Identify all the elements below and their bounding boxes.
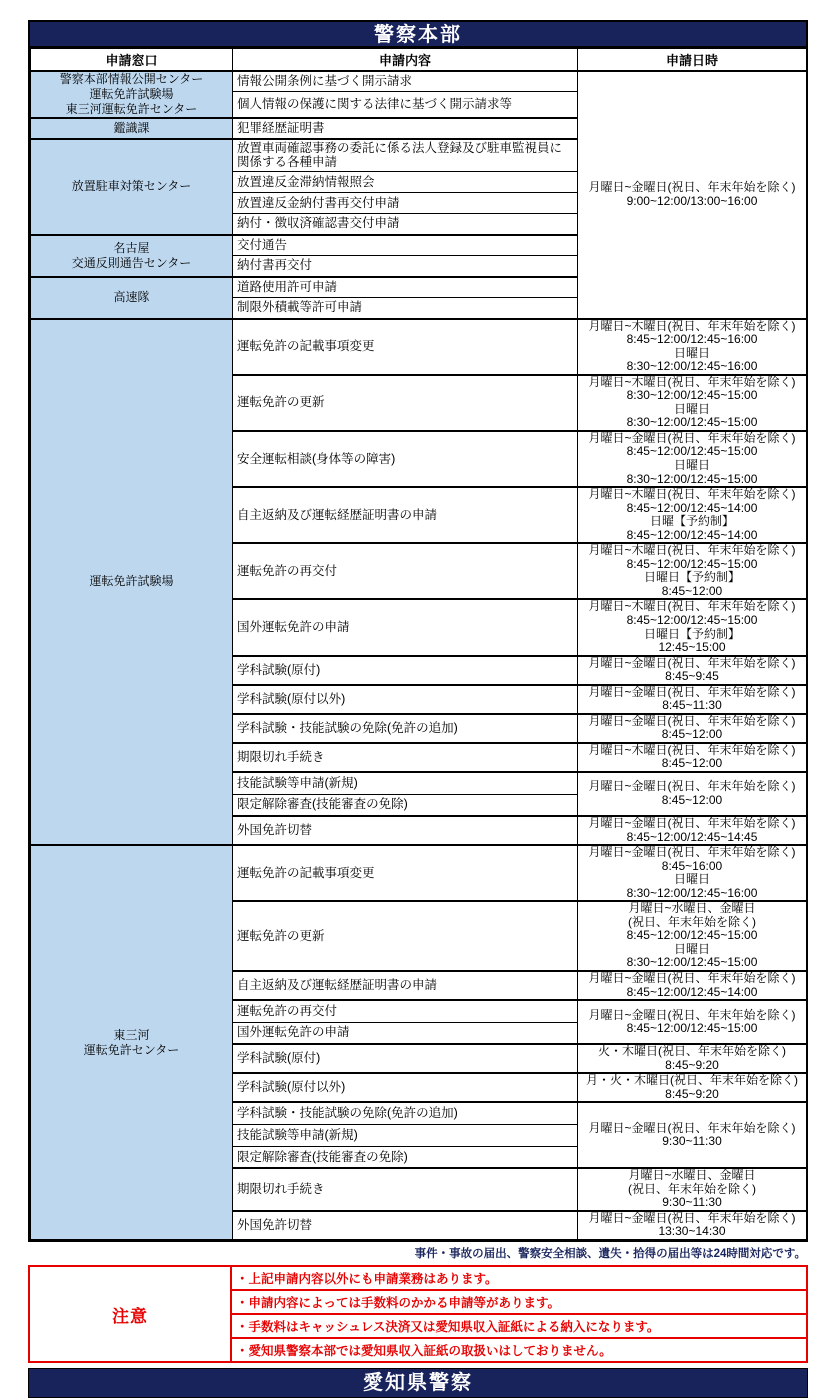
content-cell: 学科試験・技能試験の免除(免許の追加) <box>233 1102 578 1124</box>
content-cell: 学科試験(原付以外) <box>233 685 578 714</box>
time-cell: 月曜日~金曜日(祝日、年末年始を除く)9:30~11:30 <box>578 1102 807 1168</box>
content-cell: 個人情報の保護に関する法律に基づく開示請求等 <box>233 92 578 118</box>
table-row: 警察本部情報公開センター運転免許試験場東三河運転免許センター情報公開条例に基づく… <box>31 71 807 92</box>
content-cell: 運転免許の記載事項変更 <box>233 845 578 901</box>
content-cell: 自主返納及び運転経歴証明書の申請 <box>233 971 578 1000</box>
content-cell: 運転免許の再交付 <box>233 543 578 599</box>
col-header-datetime: 申請日時 <box>578 49 807 71</box>
time-cell: 月曜日~金曜日(祝日、年末年始を除く)8:45~11:30 <box>578 685 807 714</box>
content-cell: 限定解除審査(技能審査の免除) <box>233 1146 578 1168</box>
content-cell: 運転免許の更新 <box>233 901 578 971</box>
content-cell: 期限切れ手続き <box>233 743 578 772</box>
content-cell: 放置違反金滞納情報照会 <box>233 172 578 193</box>
notice-item: ・上記申請内容以外にも申請業務はあります。 <box>231 1266 807 1290</box>
col-header-window: 申請窓口 <box>31 49 233 71</box>
col-header-content: 申請内容 <box>233 49 578 71</box>
content-cell: 学科試験・技能試験の免除(免許の追加) <box>233 714 578 743</box>
time-cell: 月・火・木曜日(祝日、年末年始を除く)8:45~9:20 <box>578 1073 807 1102</box>
time-cell: 月曜日~水曜日、金曜日(祝日、年末年始を除く)8:45~12:00/12:45~… <box>578 901 807 971</box>
table-row: 東三河運転免許センター運転免許の記載事項変更月曜日~金曜日(祝日、年末年始を除く… <box>31 845 807 901</box>
content-cell: 期限切れ手続き <box>233 1168 578 1211</box>
content-cell: 自主返納及び運転経歴証明書の申請 <box>233 487 578 543</box>
window-cell: 東三河運転免許センター <box>31 845 233 1239</box>
time-cell: 月曜日~金曜日(祝日、年末年始を除く)8:45~12:00 <box>578 714 807 743</box>
time-cell: 火・木曜日(祝日、年末年始を除く)8:45~9:20 <box>578 1044 807 1073</box>
title-bar: 警察本部 <box>30 22 806 48</box>
table-body: 警察本部情報公開センター運転免許試験場東三河運転免許センター情報公開条例に基づく… <box>31 71 807 1240</box>
time-cell: 月曜日~金曜日(祝日、年末年始を除く)8:45~12:00/12:45~14:4… <box>578 816 807 845</box>
content-cell: 納付・徴収済確認書交付申請 <box>233 214 578 235</box>
content-cell: 技能試験等申請(新規) <box>233 1124 578 1146</box>
window-cell: 警察本部情報公開センター運転免許試験場東三河運転免許センター <box>31 71 233 118</box>
content-cell: 犯罪経歴証明書 <box>233 118 578 139</box>
time-cell: 月曜日~木曜日(祝日、年末年始を除く)8:30~12:00/12:45~15:0… <box>578 375 807 431</box>
notice-body: 注意・上記申請内容以外にも申請業務はあります。・申請内容によっては手数料のかかる… <box>29 1266 807 1362</box>
time-cell: 月曜日~金曜日(祝日、年末年始を除く)9:00~12:00/13:00~16:0… <box>578 71 807 319</box>
notice-block: 注意・上記申請内容以外にも申請業務はあります。・申請内容によっては手数料のかかる… <box>28 1265 808 1363</box>
window-cell: 放置駐車対策センター <box>31 139 233 235</box>
notice-label: 注意 <box>29 1266 231 1362</box>
window-cell: 鑑識課 <box>31 118 233 139</box>
content-cell: 安全運転相談(身体等の障害) <box>233 431 578 487</box>
time-cell: 月曜日~木曜日(祝日、年末年始を除く)8:45~12:00/12:45~15:0… <box>578 543 807 599</box>
time-cell: 月曜日~金曜日(祝日、年末年始を除く)8:45~12:00 <box>578 772 807 816</box>
content-cell: 国外運転免許の申請 <box>233 599 578 655</box>
time-cell: 月曜日~金曜日(祝日、年末年始を除く)8:45~9:45 <box>578 656 807 685</box>
content-cell: 外国免許切替 <box>233 816 578 845</box>
content-cell: 道路使用許可申請 <box>233 277 578 298</box>
content-cell: 学科試験(原付) <box>233 1044 578 1073</box>
content-cell: 学科試験(原付以外) <box>233 1073 578 1102</box>
content-cell: 情報公開条例に基づく開示請求 <box>233 71 578 92</box>
notice-item: ・愛知県警察本部では愛知県収入証紙の取扱いはしておりません。 <box>231 1338 807 1362</box>
window-cell: 運転免許試験場 <box>31 319 233 846</box>
time-cell: 月曜日~木曜日(祝日、年末年始を除く)8:45~12:00/12:45~16:0… <box>578 319 807 375</box>
table-header-row: 申請窓口 申請内容 申請日時 <box>31 49 807 71</box>
page-title: 警察本部 <box>374 24 462 46</box>
footer-title: 愛知県警察 <box>363 1372 473 1394</box>
page: 警察本部 申請窓口 申請内容 申請日時 警察本部情報公開センター運転免許試験場東… <box>0 0 837 1362</box>
time-cell: 月曜日~金曜日(祝日、年末年始を除く)13:30~14:30 <box>578 1211 807 1240</box>
time-cell: 月曜日~金曜日(祝日、年末年始を除く)8:45~12:00/12:45~15:0… <box>578 1000 807 1044</box>
time-cell: 月曜日~木曜日(祝日、年末年始を除く)8:45~12:00/12:45~14:0… <box>578 487 807 543</box>
time-cell: 月曜日~木曜日(祝日、年末年始を除く)8:45~12:00/12:45~15:0… <box>578 599 807 655</box>
notice-row: 注意・上記申請内容以外にも申請業務はあります。 <box>29 1266 807 1290</box>
window-cell: 名古屋交通反則通告センター <box>31 235 233 277</box>
application-info-document: 警察本部 申請窓口 申請内容 申請日時 警察本部情報公開センター運転免許試験場東… <box>28 20 808 1242</box>
time-cell: 月曜日~木曜日(祝日、年末年始を除く)8:45~12:00 <box>578 743 807 772</box>
note-24h: 事件・事故の届出、警察安全相談、遺失・拾得の届出等は24時間対応です。 <box>28 1242 808 1262</box>
content-cell: 交付通告 <box>233 235 578 256</box>
time-cell: 月曜日~金曜日(祝日、年末年始を除く)8:45~12:00/12:45~14:0… <box>578 971 807 1000</box>
content-cell: 制限外積載等許可申請 <box>233 298 578 319</box>
time-cell: 月曜日~水曜日、金曜日(祝日、年末年始を除く)9:30~11:30 <box>578 1168 807 1211</box>
notice-item: ・申請内容によっては手数料のかかる申請等があります。 <box>231 1290 807 1314</box>
window-cell: 高速隊 <box>31 277 233 319</box>
content-cell: 技能試験等申請(新規) <box>233 772 578 794</box>
time-cell: 月曜日~金曜日(祝日、年末年始を除く)8:45~12:00/12:45~15:0… <box>578 431 807 487</box>
content-cell: 運転免許の更新 <box>233 375 578 431</box>
content-cell: 限定解除審査(技能審査の免除) <box>233 794 578 816</box>
notice-table: 注意・上記申請内容以外にも申請業務はあります。・申請内容によっては手数料のかかる… <box>28 1265 808 1363</box>
application-table: 申請窓口 申請内容 申請日時 警察本部情報公開センター運転免許試験場東三河運転免… <box>30 48 807 1240</box>
content-cell: 運転免許の記載事項変更 <box>233 319 578 375</box>
time-cell: 月曜日~金曜日(祝日、年末年始を除く)8:45~16:00日曜日8:30~12:… <box>578 845 807 901</box>
content-cell: 外国免許切替 <box>233 1211 578 1240</box>
content-cell: 国外運転免許の申請 <box>233 1022 578 1044</box>
content-cell: 納付書再交付 <box>233 256 578 277</box>
content-cell: 放置車両確認事務の委託に係る法人登録及び駐車監視員に関係する各種申請 <box>233 139 578 172</box>
content-cell: 放置違反金納付書再交付申請 <box>233 193 578 214</box>
table-row: 運転免許試験場運転免許の記載事項変更月曜日~木曜日(祝日、年末年始を除く)8:4… <box>31 319 807 375</box>
notice-item: ・手数料はキャッシュレス決済又は愛知県収入証紙による納入になります。 <box>231 1314 807 1338</box>
content-cell: 運転免許の再交付 <box>233 1000 578 1022</box>
content-cell: 学科試験(原付) <box>233 656 578 685</box>
footer-bar: 愛知県警察 <box>28 1368 808 1398</box>
